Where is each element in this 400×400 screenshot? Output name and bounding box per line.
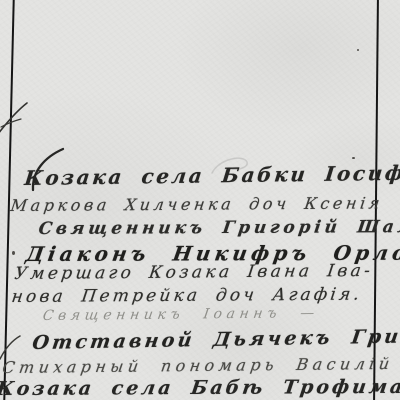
lower-margin-stroke: [0, 336, 20, 359]
ink-speck: [357, 49, 359, 51]
ink-speck: [352, 157, 355, 159]
ink-speck: [12, 251, 15, 255]
handwritten-line-6: нова Петрейка доч Агафія.: [10, 285, 363, 307]
handwritten-line-7-faint: Священникъ Іоаннъ —: [42, 305, 320, 324]
handwritten-line-10: Козака села Бабѣ Трофима: [0, 376, 400, 400]
margin-ink-fragment: [0, 103, 27, 134]
scanned-register-page: Козака села Бабки Іосифа Маркова Хилченк…: [0, 0, 400, 400]
margin-ink-fragment-2: [1, 119, 21, 127]
handwritten-line-3: Священникъ Григорій Шамъ: [37, 217, 400, 239]
handwritten-line-2: Маркова Хилченка доч Ксенія: [9, 193, 384, 215]
handwritten-line-5: Умершаго Козака Івана Іва-: [13, 261, 374, 284]
